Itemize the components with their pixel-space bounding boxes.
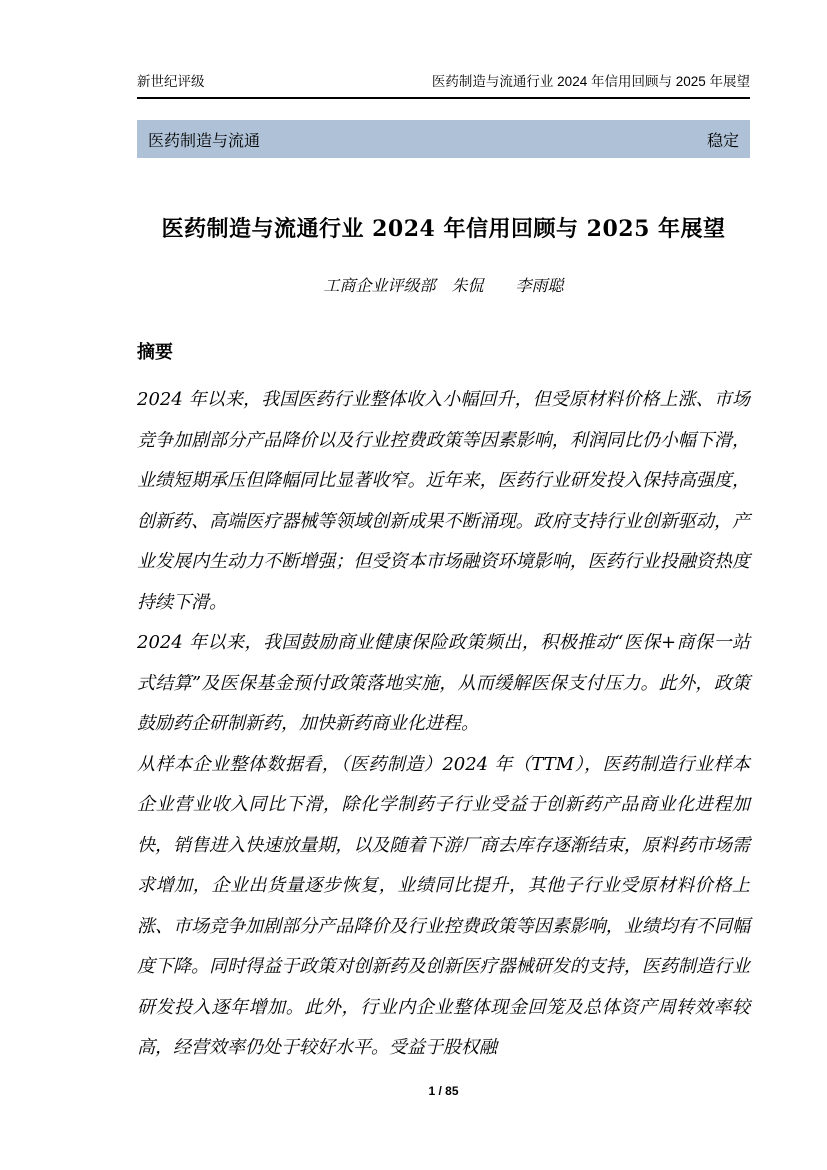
- summary-paragraph-2: 2024 年以来，我国鼓励商业健康保险政策频出，积极推动“医保+商保一站式结算”…: [137, 623, 750, 745]
- document-title: 医药制造与流通行业 2024 年信用回顾与 2025 年展望: [137, 212, 750, 243]
- summary-body: 2024 年以来，我国医药行业整体收入小幅回升，但受原材料价格上涨、市场竞争加剧…: [137, 380, 750, 1069]
- summary-paragraph-3: 从样本企业整体数据看，（医药制造）2024 年（TTM），医药制造行业样本企业营…: [137, 745, 750, 1069]
- report-page: 新世纪评级 医药制造与流通行业 2024 年信用回顾与 2025 年展望 医药制…: [0, 0, 827, 1170]
- banner-outlook-label: 稳定: [707, 128, 739, 151]
- rating-banner: 医药制造与流通 稳定: [137, 120, 750, 158]
- page-content: 新世纪评级 医药制造与流通行业 2024 年信用回顾与 2025 年展望 医药制…: [137, 0, 750, 1069]
- banner-industry-label: 医药制造与流通: [148, 128, 260, 151]
- summary-paragraph-1: 2024 年以来，我国医药行业整体收入小幅回升，但受原材料价格上涨、市场竞争加剧…: [137, 380, 750, 623]
- page-number: 1 / 85: [137, 1084, 750, 1098]
- header-report-title: 医药制造与流通行业 2024 年信用回顾与 2025 年展望: [432, 70, 750, 90]
- page-header: 新世纪评级 医药制造与流通行业 2024 年信用回顾与 2025 年展望: [137, 0, 750, 99]
- header-agency-name: 新世纪评级: [137, 70, 205, 90]
- authors-byline: 工商企业评级部 朱侃 李雨聪: [137, 273, 750, 296]
- summary-heading: 摘要: [137, 338, 750, 364]
